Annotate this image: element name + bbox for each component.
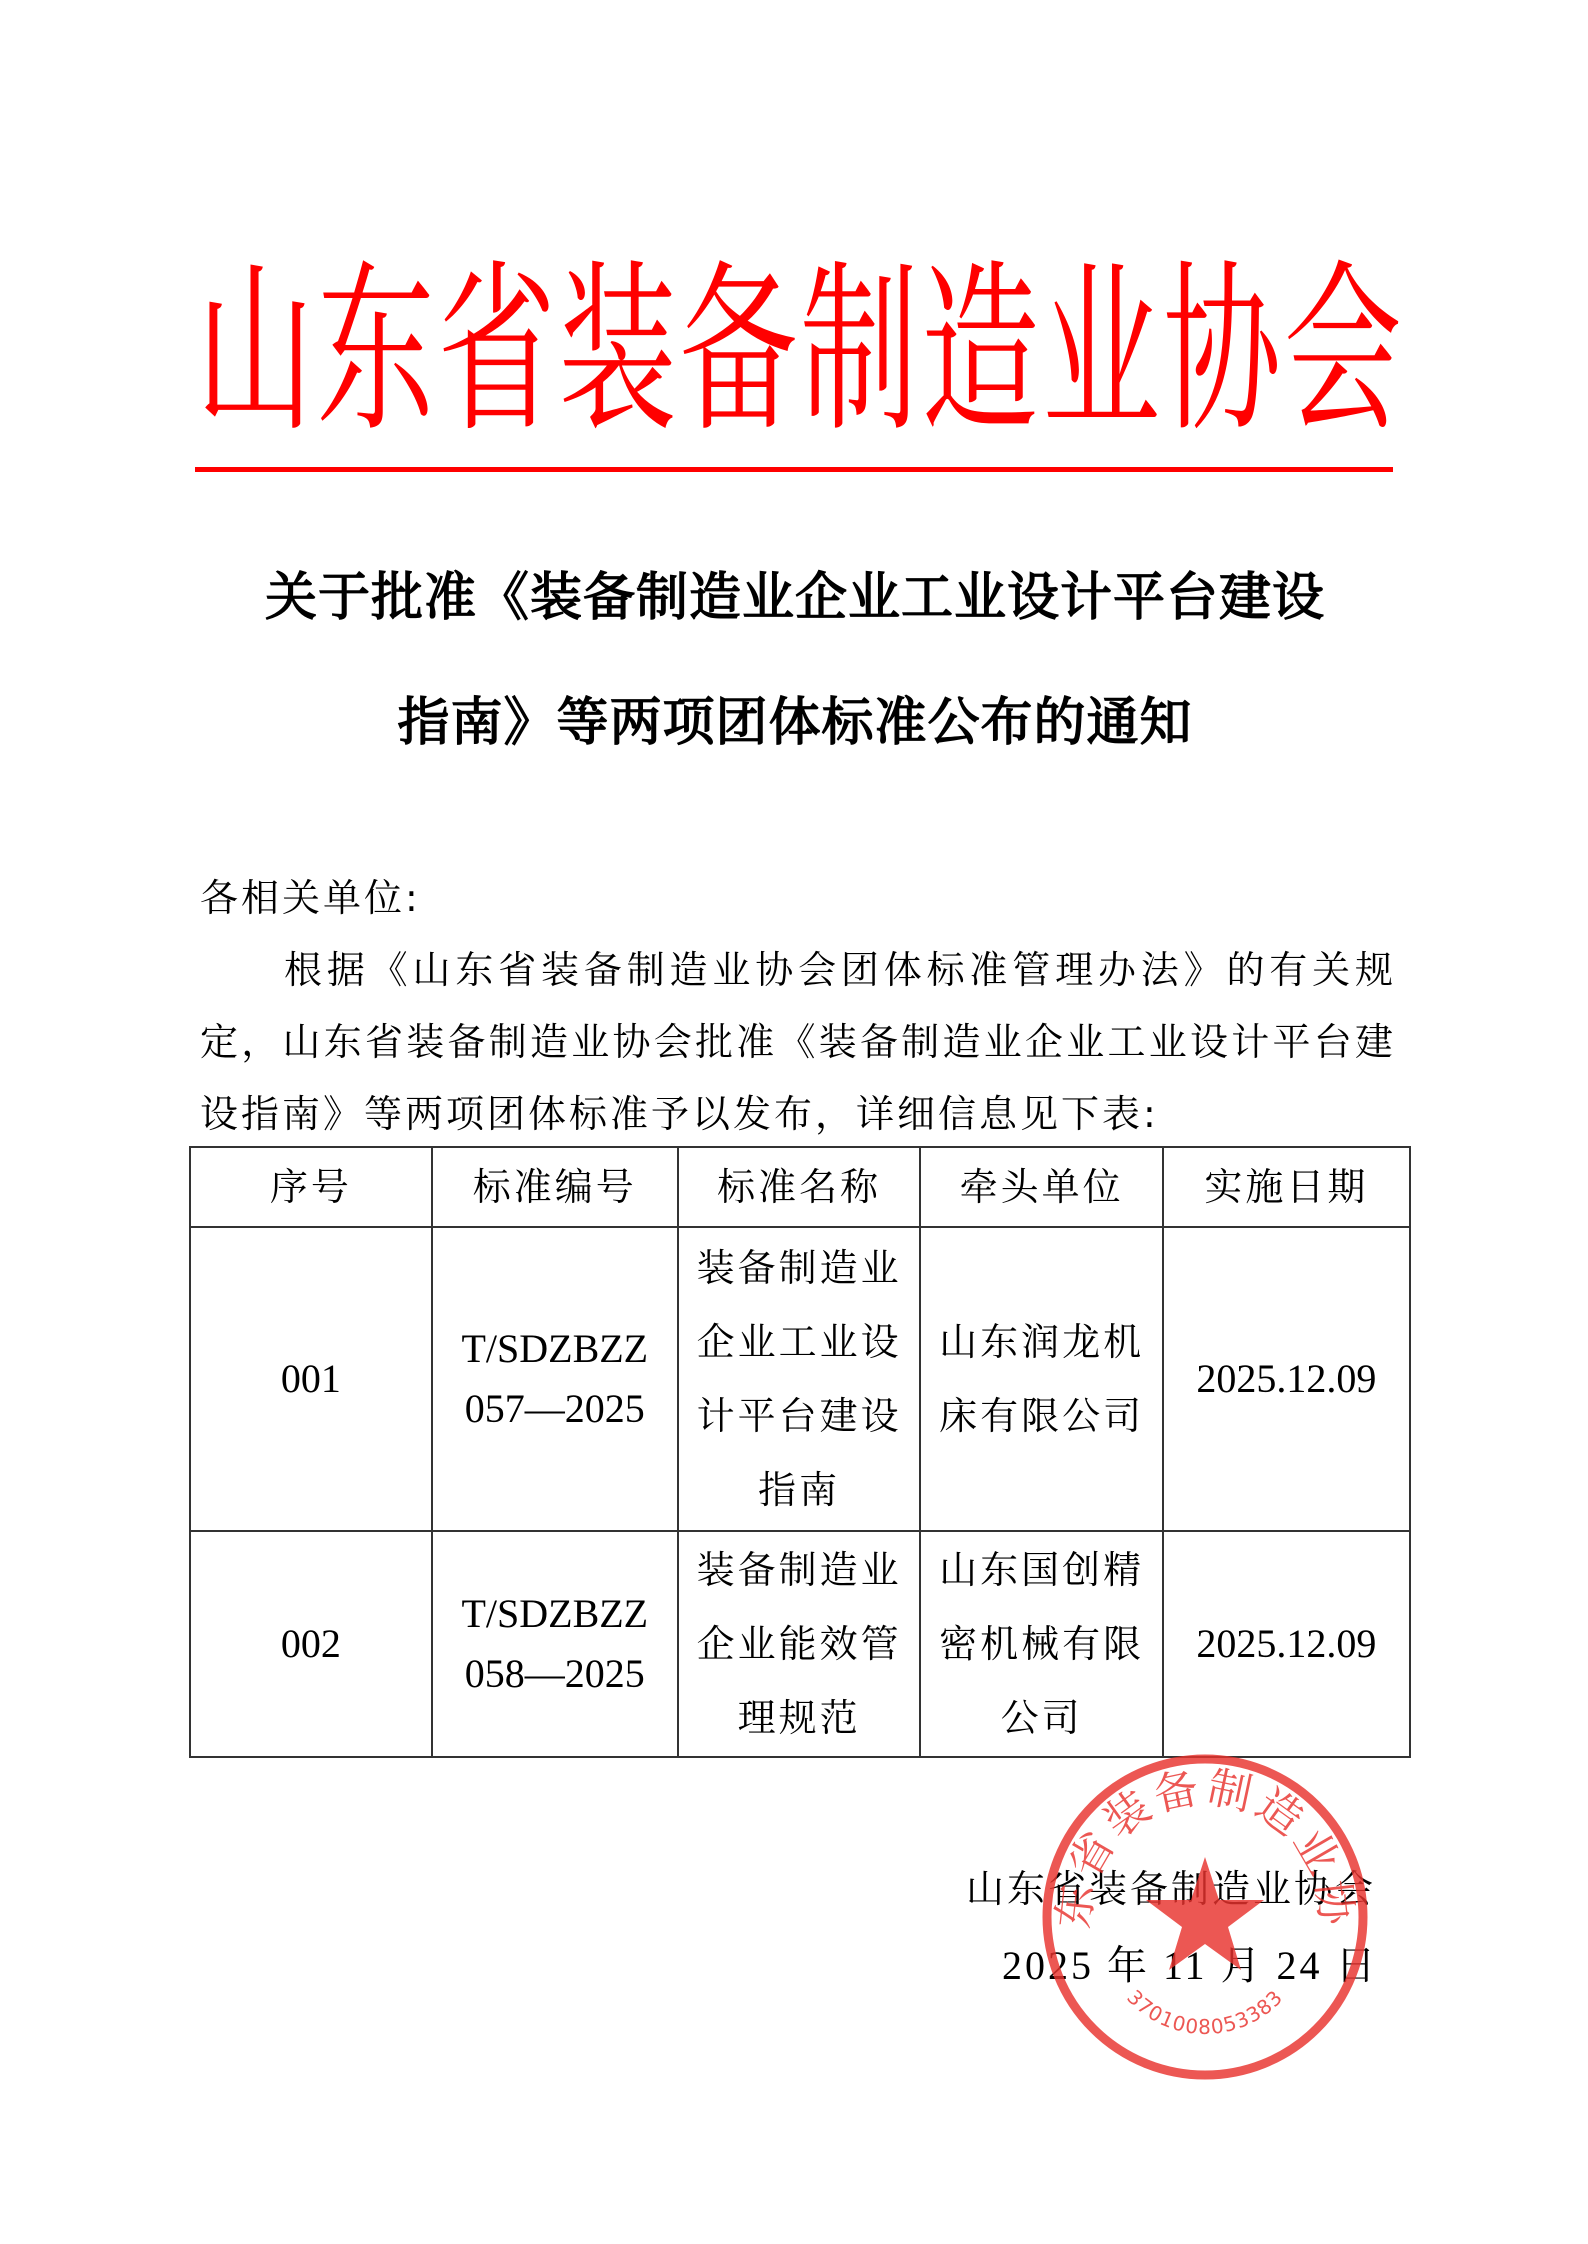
cell-name: 装备制造业企业能效管理规范 [678, 1531, 920, 1757]
masthead-char: 东 [317, 259, 429, 442]
cell-date: 2025.12.09 [1163, 1227, 1410, 1531]
cell-lead-unit: 山东润龙机床有限公司 [920, 1227, 1162, 1531]
svg-text:3701008053383: 3701008053383 [1122, 1985, 1287, 2039]
document-title-line-2: 指南》等两项团体标准公布的通知 [190, 680, 1400, 755]
body-paragraph: 根据《山东省装备制造业协会团体标准管理办法》的有关规定，山东省装备制造业协会批准… [200, 934, 1396, 1150]
masthead-char: 造 [921, 259, 1033, 442]
masthead-char: 备 [680, 259, 792, 442]
salutation: 各相关单位: [200, 862, 1396, 934]
code-line-2: 057—2025 [434, 1372, 676, 1446]
masthead-char: 山 [196, 259, 308, 442]
cell-code: T/SDZBZZ 058—2025 [432, 1531, 678, 1757]
header-lead-unit: 牵头单位 [920, 1147, 1162, 1227]
masthead-char: 业 [1042, 259, 1154, 442]
masthead-divider [195, 467, 1393, 472]
standards-table: 序号 标准编号 标准名称 牵头单位 实施日期 001 T/SDZBZZ 057—… [189, 1146, 1411, 1758]
masthead-char: 省 [438, 259, 550, 442]
cell-index: 002 [190, 1531, 432, 1757]
masthead-char: 装 [559, 259, 671, 442]
header-index: 序号 [190, 1147, 432, 1227]
official-seal-icon: 山东省装备制造业协会 3701008053383 [1040, 1752, 1370, 2082]
header-name: 标准名称 [678, 1147, 920, 1227]
table-row: 001 T/SDZBZZ 057—2025 装备制造业企业工业设计平台建设指南 … [190, 1227, 1410, 1531]
cell-lead-unit: 山东国创精密机械有限公司 [920, 1531, 1162, 1757]
cell-index: 001 [190, 1227, 432, 1531]
cell-code: T/SDZBZZ 057—2025 [432, 1227, 678, 1531]
header-date: 实施日期 [1163, 1147, 1410, 1227]
cell-name: 装备制造业企业工业设计平台建设指南 [678, 1227, 920, 1531]
masthead-char: 协 [1163, 259, 1275, 442]
document-title-line-1: 关于批准《装备制造业企业工业设计平台建设 [190, 555, 1400, 630]
table-row: 002 T/SDZBZZ 058—2025 装备制造业企业能效管理规范 山东国创… [190, 1531, 1410, 1757]
table-header-row: 序号 标准编号 标准名称 牵头单位 实施日期 [190, 1147, 1410, 1227]
header-code: 标准编号 [432, 1147, 678, 1227]
masthead-char: 制 [800, 259, 912, 442]
cell-date: 2025.12.09 [1163, 1531, 1410, 1757]
code-line-2: 058—2025 [434, 1637, 676, 1711]
masthead-char: 会 [1284, 259, 1396, 442]
masthead-title: 山 东 省 装 备 制 造 业 协 会 [196, 240, 1396, 460]
seal-number: 3701008053383 [1122, 1985, 1287, 2039]
